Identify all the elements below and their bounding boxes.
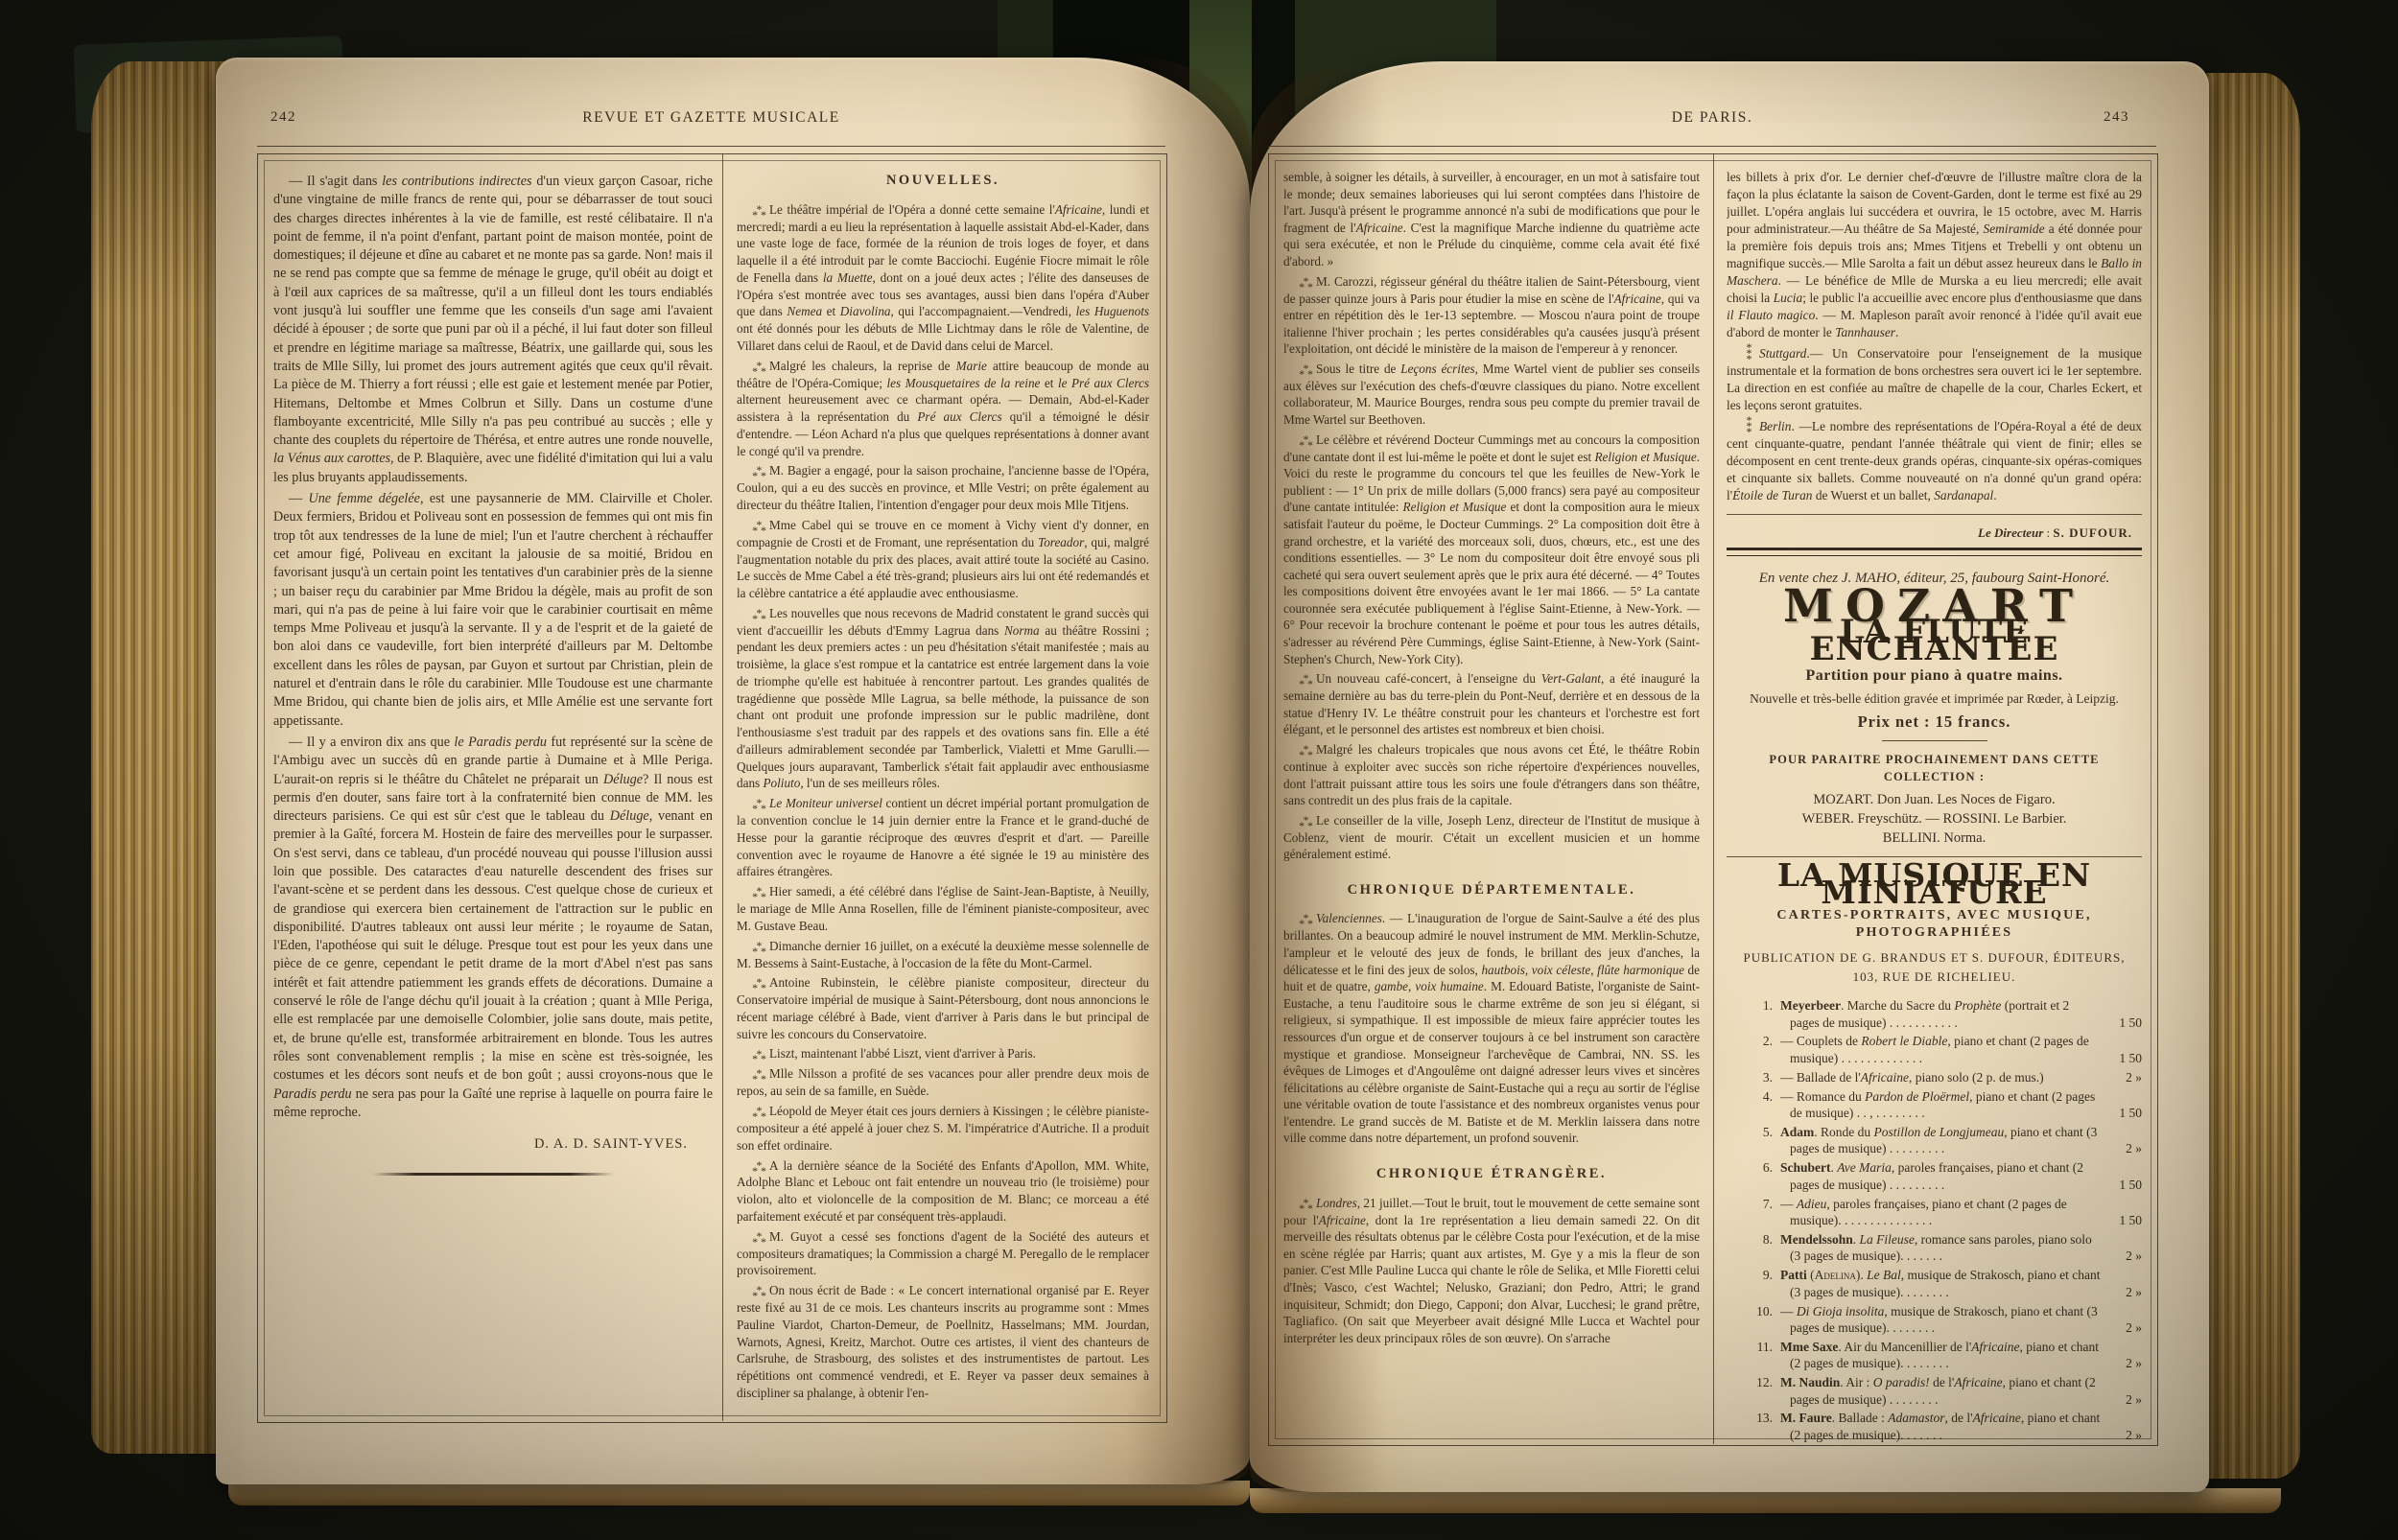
asterism-mark: ** *: [1299, 916, 1313, 927]
maho-advertisement: En vente chez J. MAHO, éditeur, 25, faub…: [1727, 570, 2142, 847]
asterism-mark: ** *: [752, 944, 766, 955]
paragraph: — Il s'agit dans les contributions indir…: [273, 173, 713, 487]
asterism-mark: ** *: [1299, 676, 1313, 688]
column-annonces: les billets à prix d'or. Le dernier chef…: [1727, 169, 2142, 1442]
paragraph: semble, à soigner les détails, à surveil…: [1283, 169, 1700, 270]
item-price: 2 »: [2126, 1140, 2142, 1156]
director-line: Le Directeur : S. DUFOUR.: [1727, 525, 2142, 542]
paragraph: ** *Stuttgard.— Un Conservatoire pour l'…: [1727, 344, 2142, 414]
page-edges-right: [2206, 73, 2300, 1479]
paragraph: ** *Le célèbre et révérend Docteur Cummi…: [1283, 432, 1700, 668]
item-number: 12.: [1748, 1374, 1773, 1390]
asterism-mark: ** *: [1299, 279, 1313, 291]
director-colon: :: [2047, 525, 2051, 540]
item-price: 1 50: [2119, 1015, 2142, 1031]
ad-collection-line: BELLINI. Norma.: [1727, 829, 2142, 847]
catalog-item: 8.Mendelssohn. La Fileuse, romance sans …: [1727, 1231, 2142, 1265]
item-number: 9.: [1748, 1267, 1773, 1283]
running-title-right: DE PARIS.: [1268, 109, 2156, 127]
ad-price-line: Prix net : 15 francs.: [1727, 713, 2142, 731]
asterism-mark: ** *: [752, 1071, 766, 1083]
paragraph: ** *Les nouvelles que nous recevons de M…: [737, 605, 1149, 792]
paragraph: ** *Le conseiller de la ville, Joseph Le…: [1283, 812, 1700, 863]
column-divider: [1713, 153, 1714, 1444]
paragraph: ** *Malgré les chaleurs tropicales que n…: [1283, 741, 1700, 809]
paragraph: ** *Antoine Rubinstein, le célèbre piani…: [737, 974, 1149, 1042]
catalog-item: 7.— Adieu, paroles françaises, piano et …: [1727, 1196, 2142, 1229]
asterism-mark: ** *: [1742, 417, 1756, 434]
paragraph: ** *Un nouveau café-concert, à l'enseign…: [1283, 670, 1700, 738]
paragraph: ** *Le théâtre impérial de l'Opéra a don…: [737, 201, 1149, 355]
catalog-item: 6.Schubert. Ave Maria, paroles française…: [1727, 1159, 2142, 1193]
asterism-mark: ** *: [752, 363, 766, 375]
paragraph: ** *Léopold de Meyer était ces jours der…: [737, 1103, 1149, 1154]
asterism-mark: ** *: [752, 611, 766, 622]
catalog-item: 13.M. Faure. Ballade : Adamastor, de l'A…: [1727, 1410, 2142, 1442]
item-number: 4.: [1748, 1088, 1773, 1105]
section-heading: CHRONIQUE ÉTRANGÈRE.: [1283, 1166, 1700, 1183]
tapered-divider: [372, 1173, 614, 1176]
ad-collection-header: POUR PARAITRE PROCHAINEMENT DANS CETTE C…: [1727, 751, 2142, 785]
book-spread-photo: 242 REVUE ET GAZETTE MUSICALE — Il s'agi…: [0, 0, 2398, 1540]
paragraph: ** *Mlle Nilsson a profité de ses vacanc…: [737, 1065, 1149, 1100]
item-number: 5.: [1748, 1124, 1773, 1140]
running-head-left: 242 REVUE ET GAZETTE MUSICALE: [257, 109, 1165, 134]
page-left: 242 REVUE ET GAZETTE MUSICALE — Il s'agi…: [216, 58, 1250, 1484]
asterism-mark: ** *: [752, 1052, 766, 1063]
catalog-item: 1.Meyerbeer. Marche du Sacre du Prophète…: [1727, 997, 2142, 1031]
item-price: 1 50: [2119, 1050, 2142, 1066]
ad-collection-line: MOZART. Don Juan. Les Noces de Figaro.: [1727, 791, 2142, 808]
divider-rule: [1727, 514, 2142, 515]
ad-collection-line: WEBER. Freyschütz. — ROSSINI. Le Barbier…: [1727, 810, 2142, 828]
catalog-publisher: PUBLICATION DE G. BRANDUS ET S. DUFOUR, …: [1727, 949, 2142, 967]
catalog-subtitle: CARTES-PORTRAITS, AVEC MUSIQUE, PHOTOGRA…: [1727, 907, 2142, 942]
paragraph: ** *A la dernière séance de la Société d…: [737, 1157, 1149, 1225]
section-heading: CHRONIQUE DÉPARTEMENTALE.: [1283, 882, 1700, 899]
catalog-item: 11.Mme Saxe. Air du Mancenillier de l'Af…: [1727, 1339, 2142, 1372]
asterism-mark: ** *: [752, 468, 766, 479]
asterism-mark: ** *: [1299, 1201, 1313, 1212]
page-number-right: 243: [2104, 109, 2129, 126]
item-price: 2 »: [2126, 1355, 2142, 1371]
item-price: 2 »: [2126, 1319, 2142, 1336]
asterism-mark: ** *: [1742, 344, 1756, 362]
miniature-catalog: LA MUSIQUE EN MINIATURE CARTES-PORTRAITS…: [1727, 867, 2142, 1442]
paragraph: ** *Londres, 21 juillet.—Tout le bruit, …: [1283, 1195, 1700, 1347]
item-number: 1.: [1748, 997, 1773, 1014]
catalog-title: LA MUSIQUE EN MINIATURE: [1727, 867, 2142, 901]
ad-subtitle-edition: Nouvelle et très-belle édition gravée et…: [1727, 690, 2142, 708]
item-price: 1 50: [2119, 1212, 2142, 1228]
asterism-mark: ** *: [752, 523, 766, 534]
paragraph: ** *Liszt, maintenant l'abbé Liszt, vien…: [737, 1045, 1149, 1062]
item-number: 13.: [1748, 1410, 1773, 1426]
ad-subtitle-partition: Partition pour piano à quatre mains.: [1727, 667, 2142, 685]
page-right: DE PARIS. 243 semble, à soigner les déta…: [1250, 61, 2209, 1492]
paragraph: ** *Berlin. —Le nombre des représentatio…: [1727, 417, 2142, 504]
item-price: 2 »: [2126, 1284, 2142, 1300]
asterism-mark: ** *: [752, 801, 766, 812]
asterism-mark: ** *: [1299, 818, 1313, 829]
running-title-left: REVUE ET GAZETTE MUSICALE: [257, 109, 1165, 127]
catalog-item: 4.— Romance du Pardon de Ploërmel, piano…: [1727, 1088, 2142, 1122]
paragraph: les billets à prix d'or. Le dernier chef…: [1727, 169, 2142, 341]
item-number: 7.: [1748, 1196, 1773, 1212]
catalog-item: 10.— Di Gioja insolita, musique de Strak…: [1727, 1303, 2142, 1337]
paragraph: ** *Sous le titre de Leçons écrites, Mme…: [1283, 361, 1700, 429]
short-rule: [1882, 740, 1987, 741]
asterism-mark: ** *: [752, 1234, 766, 1246]
paragraph: ** *Mme Cabel qui se trouve en ce moment…: [737, 517, 1149, 602]
catalog-address: 103, RUE DE RICHELIEU.: [1727, 968, 2142, 986]
paragraph: ** *Malgré les chaleurs, la reprise de M…: [737, 358, 1149, 460]
paragraph: — Il y a environ dix ans que le Paradis …: [273, 734, 713, 1122]
asterism-mark: ** *: [752, 1108, 766, 1120]
asterism-mark: ** *: [752, 1163, 766, 1175]
paragraph: ** *Valenciennes. — L'inauguration de l'…: [1283, 910, 1700, 1147]
asterism-mark: ** *: [752, 980, 766, 992]
item-number: 11.: [1748, 1339, 1773, 1355]
asterism-mark: ** *: [1299, 747, 1313, 758]
section-heading: NOUVELLES.: [737, 173, 1149, 190]
item-price: 2 »: [2126, 1248, 2142, 1264]
catalog-item: 9.Patti (Adelina). Le Bal, musique de St…: [1727, 1267, 2142, 1300]
paragraph: ** *M. Bagier a engagé, pour la saison p…: [737, 462, 1149, 513]
signature: D. A. D. SAINT-YVES.: [273, 1135, 713, 1154]
asterism-mark: ** *: [1299, 366, 1313, 378]
asterism-mark: ** *: [752, 207, 766, 219]
director-name: S. DUFOUR.: [2053, 525, 2132, 540]
news-continuation: les billets à prix d'or. Le dernier chef…: [1727, 169, 2142, 504]
paragraph: — Une femme dégelée, est une paysannerie…: [273, 490, 713, 731]
item-price: 2 »: [2126, 1427, 2142, 1442]
paragraph: ** *On nous écrit de Bade : « Le concert…: [737, 1282, 1149, 1401]
catalog-item: 5.Adam. Ronde du Postillon de Longjumeau…: [1727, 1124, 2142, 1157]
paragraph: ** *M. Carozzi, régisseur général du thé…: [1283, 273, 1700, 358]
item-number: 6.: [1748, 1159, 1773, 1176]
head-rule: [257, 146, 1165, 147]
item-price: 1 50: [2119, 1177, 2142, 1193]
asterism-mark: ** *: [1299, 437, 1313, 449]
item-price: 2 »: [2126, 1391, 2142, 1408]
director-label: Le Directeur: [1978, 525, 2043, 540]
running-head-right: DE PARIS. 243: [1268, 109, 2156, 134]
catalog-item: 3.— Ballade de l'Africaine, piano solo (…: [1727, 1069, 2142, 1085]
item-number: 10.: [1748, 1303, 1773, 1319]
item-number: 8.: [1748, 1231, 1773, 1248]
item-number: 3.: [1748, 1069, 1773, 1085]
asterism-mark: ** *: [752, 1288, 766, 1299]
column-nouvelles: NOUVELLES.** *Le théâtre impérial de l'O…: [737, 171, 1149, 1415]
paragraph: ** *Hier samedi, a été célébré dans l'ég…: [737, 883, 1149, 934]
item-price: 1 50: [2119, 1105, 2142, 1121]
asterism-mark: ** *: [752, 889, 766, 900]
item-price: 2 »: [2126, 1069, 2142, 1085]
paragraph: ** *M. Guyot a cessé ses fonctions d'age…: [737, 1228, 1149, 1279]
catalog-items: 1.Meyerbeer. Marche du Sacre du Prophète…: [1727, 997, 2142, 1442]
catalog-item: 12.M. Naudin. Air : O paradis! de l'Afri…: [1727, 1374, 2142, 1408]
paragraph: ** *Le Moniteur universel contient un dé…: [737, 795, 1149, 880]
column-divider: [722, 153, 723, 1421]
head-rule: [1268, 146, 2156, 147]
column-chroniques: semble, à soigner les détails, à surveil…: [1283, 169, 1700, 1438]
paragraph: ** *Dimanche dernier 16 juillet, on a ex…: [737, 938, 1149, 972]
page-edges-left: [91, 61, 225, 1454]
item-number: 2.: [1748, 1033, 1773, 1049]
heavy-rule: [1727, 548, 2142, 556]
catalog-item: 2.— Couplets de Robert le Diable, piano …: [1727, 1033, 2142, 1066]
column-feuilleton: — Il s'agit dans les contributions indir…: [273, 173, 713, 1413]
